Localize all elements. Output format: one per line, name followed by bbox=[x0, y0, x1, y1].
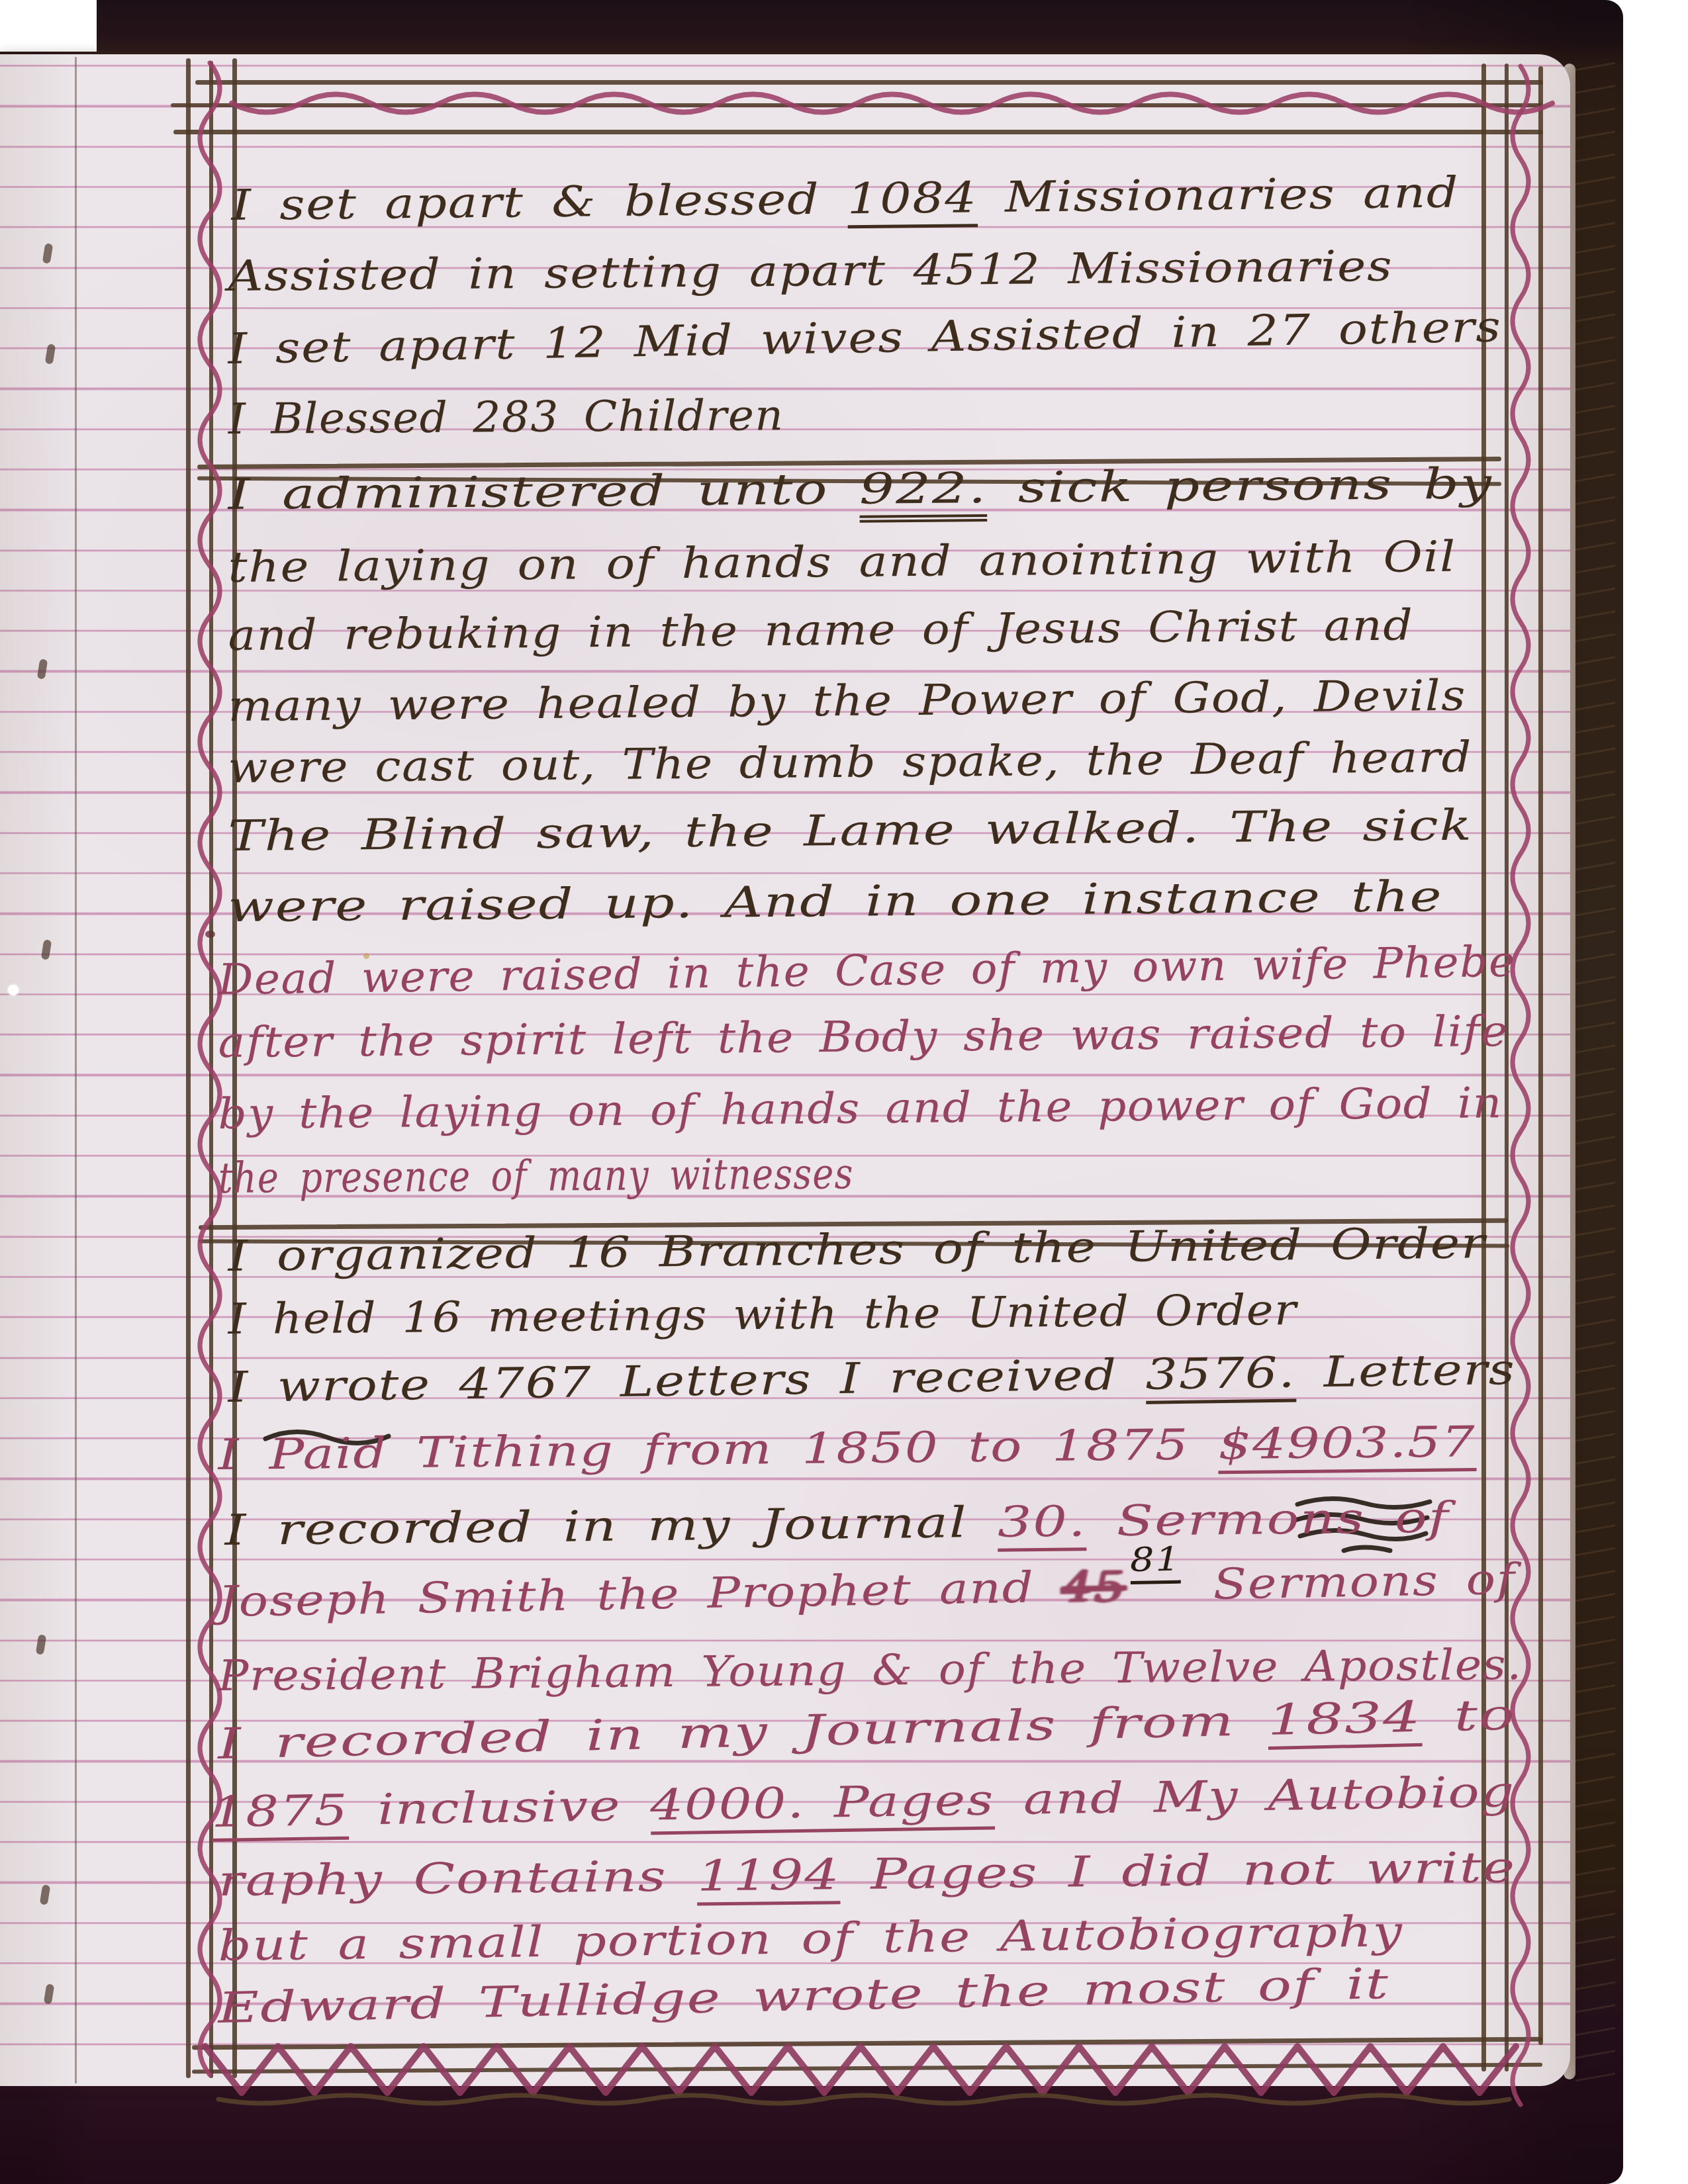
journal-line: were raised up. And in one instance the bbox=[228, 873, 1442, 933]
journal-line: were cast out, The dumb spake, the Deaf … bbox=[228, 734, 1472, 794]
journal-line-segment: I held 16 meetings with the United Order bbox=[228, 1286, 1297, 1344]
journal-line-segment: 922. bbox=[859, 464, 988, 523]
journal-line-segment: Letters bbox=[1295, 1345, 1516, 1398]
journal-line-segment: Sermons of bbox=[1186, 1555, 1517, 1610]
journal-line: I set apart & blessed 1084 Missionaries … bbox=[231, 169, 1459, 231]
journal-line-segment: 3576. bbox=[1145, 1348, 1296, 1404]
journal-line-segment: I administered unto bbox=[228, 465, 859, 520]
journal-line: I administered unto 922. sick persons by bbox=[228, 460, 1493, 520]
journal-line: Edward Tullidge wrote the most of it bbox=[217, 1960, 1389, 2034]
journal-line-segment: I Blessed 283 Children bbox=[228, 391, 784, 444]
journal-line-segment: Sermons of bbox=[1086, 1494, 1450, 1547]
journal-line: 1875 inclusive 4000. Pages and My Autobi… bbox=[211, 1768, 1515, 1838]
journal-line-segment: Edward Tullidge wrote the most of it bbox=[217, 1960, 1389, 2033]
journal-line-segment: I set apart 12 Mid wives Assisted in 27 … bbox=[228, 302, 1502, 374]
journal-line-segment: 1834 bbox=[1267, 1693, 1422, 1750]
journal-line: I organized 16 Branches of the United Or… bbox=[228, 1220, 1486, 1281]
journal-line: after the spirit left the Body she was r… bbox=[218, 1008, 1509, 1068]
journal-line-segment: sick persons by bbox=[987, 459, 1493, 513]
journal-line-segment: I recorded in my Journal bbox=[224, 1498, 998, 1555]
journal-line-segment: were raised up. And in one instance the bbox=[228, 872, 1442, 932]
journal-line: Assisted in setting apart 4512 Missionar… bbox=[228, 243, 1393, 302]
journal-line-segment: raphy Contains bbox=[218, 1852, 697, 1906]
journal-line: by the laying on of hands and the power … bbox=[218, 1079, 1503, 1140]
journal-line: but a small portion of the Autobiography bbox=[218, 1908, 1403, 1971]
journal-scan: I set apart & blessed 1084 Missionaries … bbox=[0, 0, 1688, 2184]
journal-line: I set apart 12 Mid wives Assisted in 27 … bbox=[228, 303, 1502, 374]
journal-line: I recorded in my Journals from 1834 to bbox=[217, 1692, 1516, 1770]
journal-line-segment: Joseph Smith the Prophet and bbox=[218, 1563, 1062, 1627]
journal-line-segment: I recorded in my Journals from bbox=[217, 1696, 1268, 1769]
journal-line-segment: I set apart & blessed bbox=[231, 175, 847, 230]
journal-line: President Brigham Young & of the Twelve … bbox=[218, 1641, 1522, 1702]
journal-line-segment: I organized 16 Branches of the United Or… bbox=[228, 1219, 1486, 1281]
journal-line-segment: I wrote 4767 Letters I received bbox=[228, 1351, 1146, 1412]
journal-line: the presence of many witnesses bbox=[218, 1150, 853, 1203]
journal-line-segment: by the laying on of hands and the power … bbox=[218, 1079, 1503, 1139]
handwriting-layer: I set apart & blessed 1084 Missionaries … bbox=[0, 0, 1688, 2184]
journal-line: I wrote 4767 Letters I received 3576. Le… bbox=[228, 1346, 1516, 1413]
journal-line-segment: Pages I did not write bbox=[840, 1843, 1516, 1899]
journal-line-segment: Assisted in setting apart 4512 Missionar… bbox=[228, 242, 1393, 301]
journal-line: Dead were raised in the Case of my own w… bbox=[218, 938, 1516, 1005]
journal-line-segment: many were healed by the Power of God, De… bbox=[228, 672, 1466, 731]
journal-line: many were healed by the Power of God, De… bbox=[228, 672, 1466, 732]
journal-line-segment: and rebuking in the name of Jesus Christ… bbox=[228, 601, 1413, 660]
journal-line-segment: the laying on of hands and anointing wit… bbox=[228, 533, 1456, 592]
journal-line-segment: I Paid Tithing from 1850 to 1875 bbox=[218, 1420, 1218, 1480]
journal-line: raphy Contains 1194 Pages I did not writ… bbox=[218, 1844, 1516, 1906]
journal-line: I recorded in my Journal 30. Sermons of bbox=[224, 1494, 1450, 1556]
journal-line-segment: 81 bbox=[1130, 1541, 1182, 1584]
journal-line-segment: to bbox=[1421, 1691, 1516, 1742]
journal-line-segment: 30. bbox=[998, 1497, 1087, 1551]
journal-line: the laying on of hands and anointing wit… bbox=[228, 533, 1456, 593]
journal-line-segment: and My Autobiog bbox=[994, 1768, 1515, 1825]
journal-line-segment: 4000. Pages bbox=[650, 1776, 995, 1835]
journal-line: I held 16 meetings with the United Order bbox=[228, 1287, 1297, 1345]
journal-line-segment: inclusive bbox=[348, 1782, 651, 1835]
journal-line-segment: 1194 bbox=[697, 1850, 841, 1905]
journal-line-segment: The Blind saw, the Lame walked. The sick bbox=[228, 801, 1472, 861]
journal-line-segment: but a small portion of the Autobiography bbox=[218, 1907, 1403, 1971]
journal-line-segment: Dead were raised in the Case of my own w… bbox=[218, 938, 1516, 1005]
journal-line-segment: President Brigham Young & of the Twelve … bbox=[218, 1641, 1522, 1701]
journal-line-segment: Missionaries and bbox=[977, 169, 1460, 223]
journal-line: Joseph Smith the Prophet and 4581 Sermon… bbox=[218, 1556, 1517, 1629]
journal-line-segment: were cast out, The dumb spake, the Deaf … bbox=[228, 733, 1472, 793]
journal-line-segment: after the spirit left the Body she was r… bbox=[218, 1007, 1509, 1068]
journal-line-segment: 1084 bbox=[847, 173, 978, 228]
journal-line: and rebuking in the name of Jesus Christ… bbox=[228, 602, 1413, 660]
journal-line: I Paid Tithing from 1850 to 1875 $4903.5… bbox=[218, 1418, 1476, 1480]
journal-line-segment: $4903.57 bbox=[1218, 1418, 1476, 1474]
journal-line-segment: the presence of many witnesses bbox=[218, 1150, 853, 1203]
journal-line-segment: 45 bbox=[1061, 1562, 1126, 1612]
journal-line: The Blind saw, the Lame walked. The sick bbox=[228, 802, 1472, 862]
journal-line: I Blessed 283 Children bbox=[228, 392, 784, 444]
journal-line-segment: 1875 bbox=[211, 1786, 349, 1842]
